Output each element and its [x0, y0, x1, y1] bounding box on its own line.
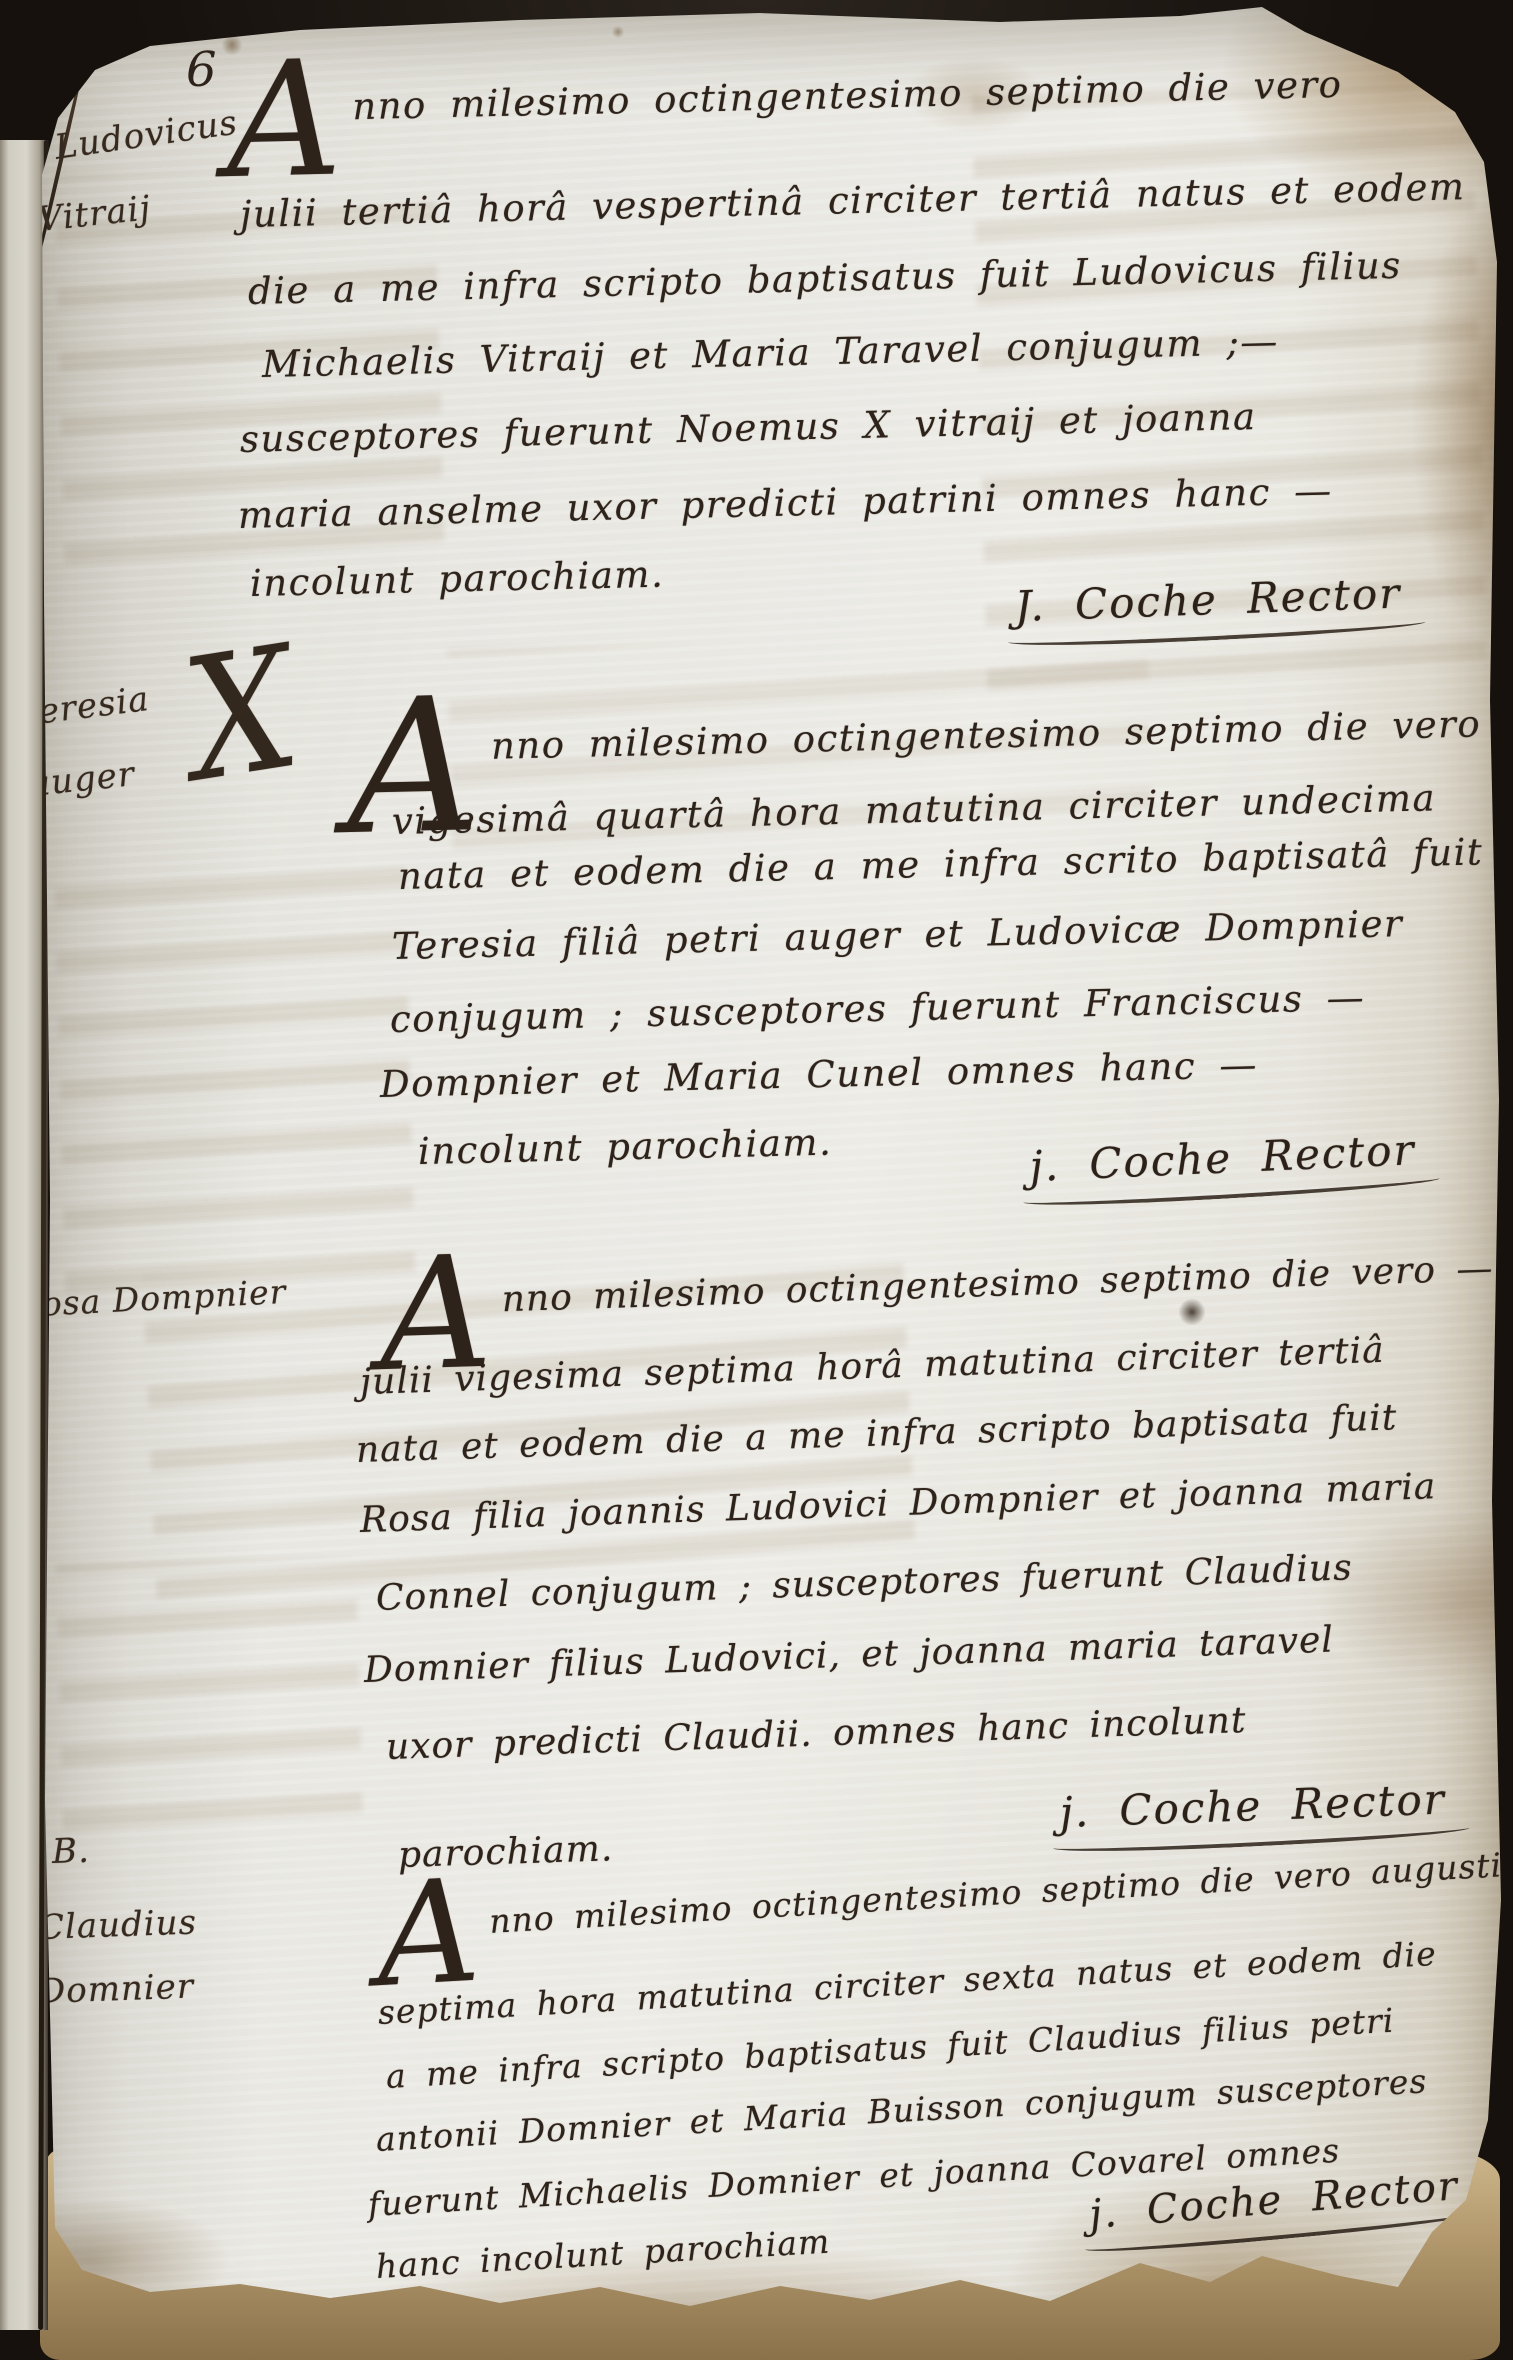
entry-line: hanc incolunt parochiam: [375, 2222, 831, 2286]
rector-signature: j. Coche Rector: [1059, 1775, 1447, 1853]
entry-line: die a me infra scripto baptisatus fuit L…: [248, 244, 1403, 313]
margin-note-child-name: Claudius: [37, 1902, 197, 1948]
margin-x-mark: X: [176, 624, 308, 807]
manuscript-photo: { "page": { "number": "6", "entries": [ …: [0, 0, 1513, 2360]
entry-line: Anno milesimo octingentesimo septimo die…: [350, 702, 1513, 772]
entry-line: uxor predicti Claudii. omnes hanc incolu…: [385, 1700, 1247, 1768]
entry-line: Michaelis Vitraij et Maria Taravel conju…: [262, 320, 1280, 386]
entry-line: Rosa filia joannis Ludovici Dompnier et …: [359, 1466, 1437, 1541]
entry-line: Connel conjugum ; susceptores fuerunt Cl…: [375, 1547, 1353, 1619]
entry-line: nata et eodem die a me infra scripto bap…: [355, 1397, 1397, 1471]
entry-line: julii vigesima septima horâ matutina cir…: [359, 1330, 1385, 1403]
entry-line: julii tertiâ horâ vespertinâ circiter te…: [240, 165, 1466, 236]
entry-line: incolunt parochiam.: [418, 1121, 833, 1173]
entry-line: Anno milesimo octingentesimo septimo die…: [230, 63, 1343, 131]
entry-line: Teresia filiâ petri auger et Ludovicæ Do…: [392, 902, 1404, 968]
margin-note-child-surname: Domnier: [37, 1967, 194, 2012]
bleedthrough-patch: [56, 1556, 364, 1864]
entry-line: susceptores fuerunt Noemus X vitraij et …: [240, 395, 1257, 461]
book-binding-strip: [0, 140, 48, 2330]
entry-line: maria anselme uxor predicti patrini omne…: [238, 469, 1334, 537]
register-page: 6 Ludovicus Vitraij Anno milesimo octing…: [0, 0, 1513, 2360]
entry-line: Domnier filius Ludovici, et joanna maria…: [363, 1620, 1334, 1691]
entry-line: nata et eodem die a me infra scrito bapt…: [398, 830, 1484, 898]
rector-signature: j. Coche Rector: [1029, 1125, 1418, 1207]
entry-line: vigesimâ quartâ hora matutina circiter u…: [392, 776, 1437, 843]
margin-note-letter: B.: [51, 1831, 90, 1872]
entry-line: Anno milesimo octingentesimo septimo die…: [382, 1248, 1494, 1324]
bleedthrough-patch: [54, 836, 416, 1325]
rector-signature: J. Coche Rector: [1014, 569, 1403, 647]
margin-note-child-name: Ludovicus: [52, 103, 240, 168]
entry-line: incolunt parochiam.: [250, 553, 665, 605]
margin-note-child-name: Rosa Dompnier: [15, 1272, 287, 1325]
entry-line: Dompnier et Maria Cunel omnes hanc —: [380, 1043, 1259, 1106]
page-number: 6: [186, 42, 217, 98]
entry-line: conjugum ; susceptores fuerunt Franciscu…: [390, 976, 1366, 1041]
